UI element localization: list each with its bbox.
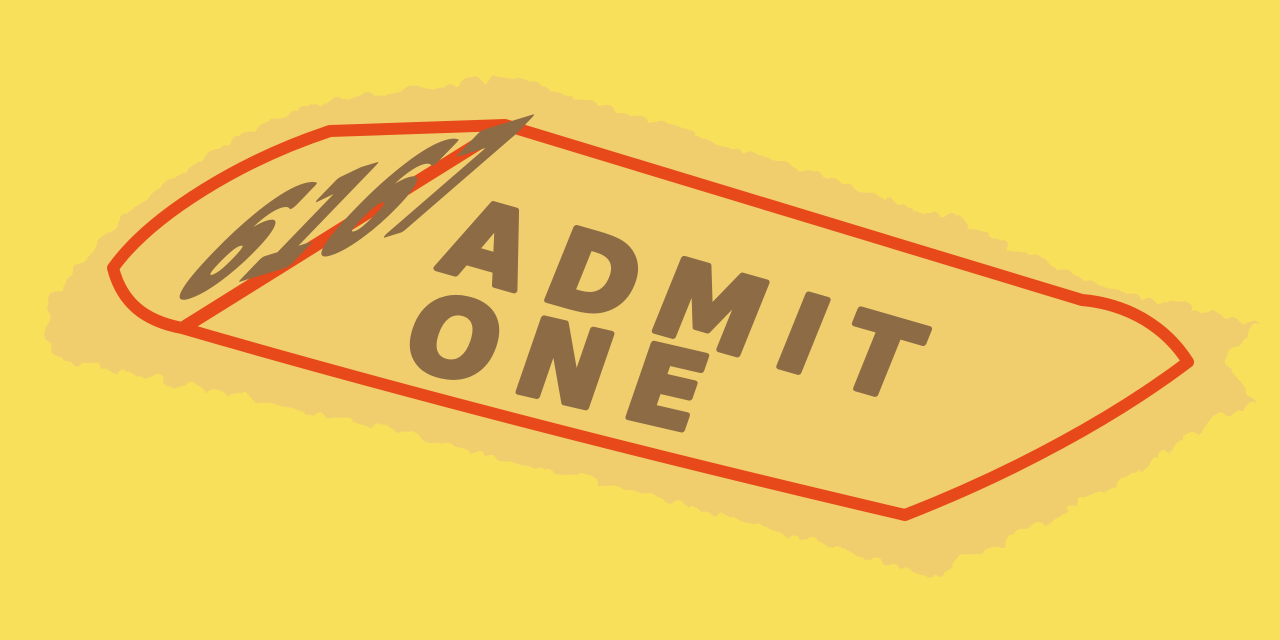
ticket-illustration-scene: 6167 ADMIT ONE [0, 0, 1280, 640]
ticket-illustration: 6167 ADMIT ONE [0, 0, 1280, 640]
